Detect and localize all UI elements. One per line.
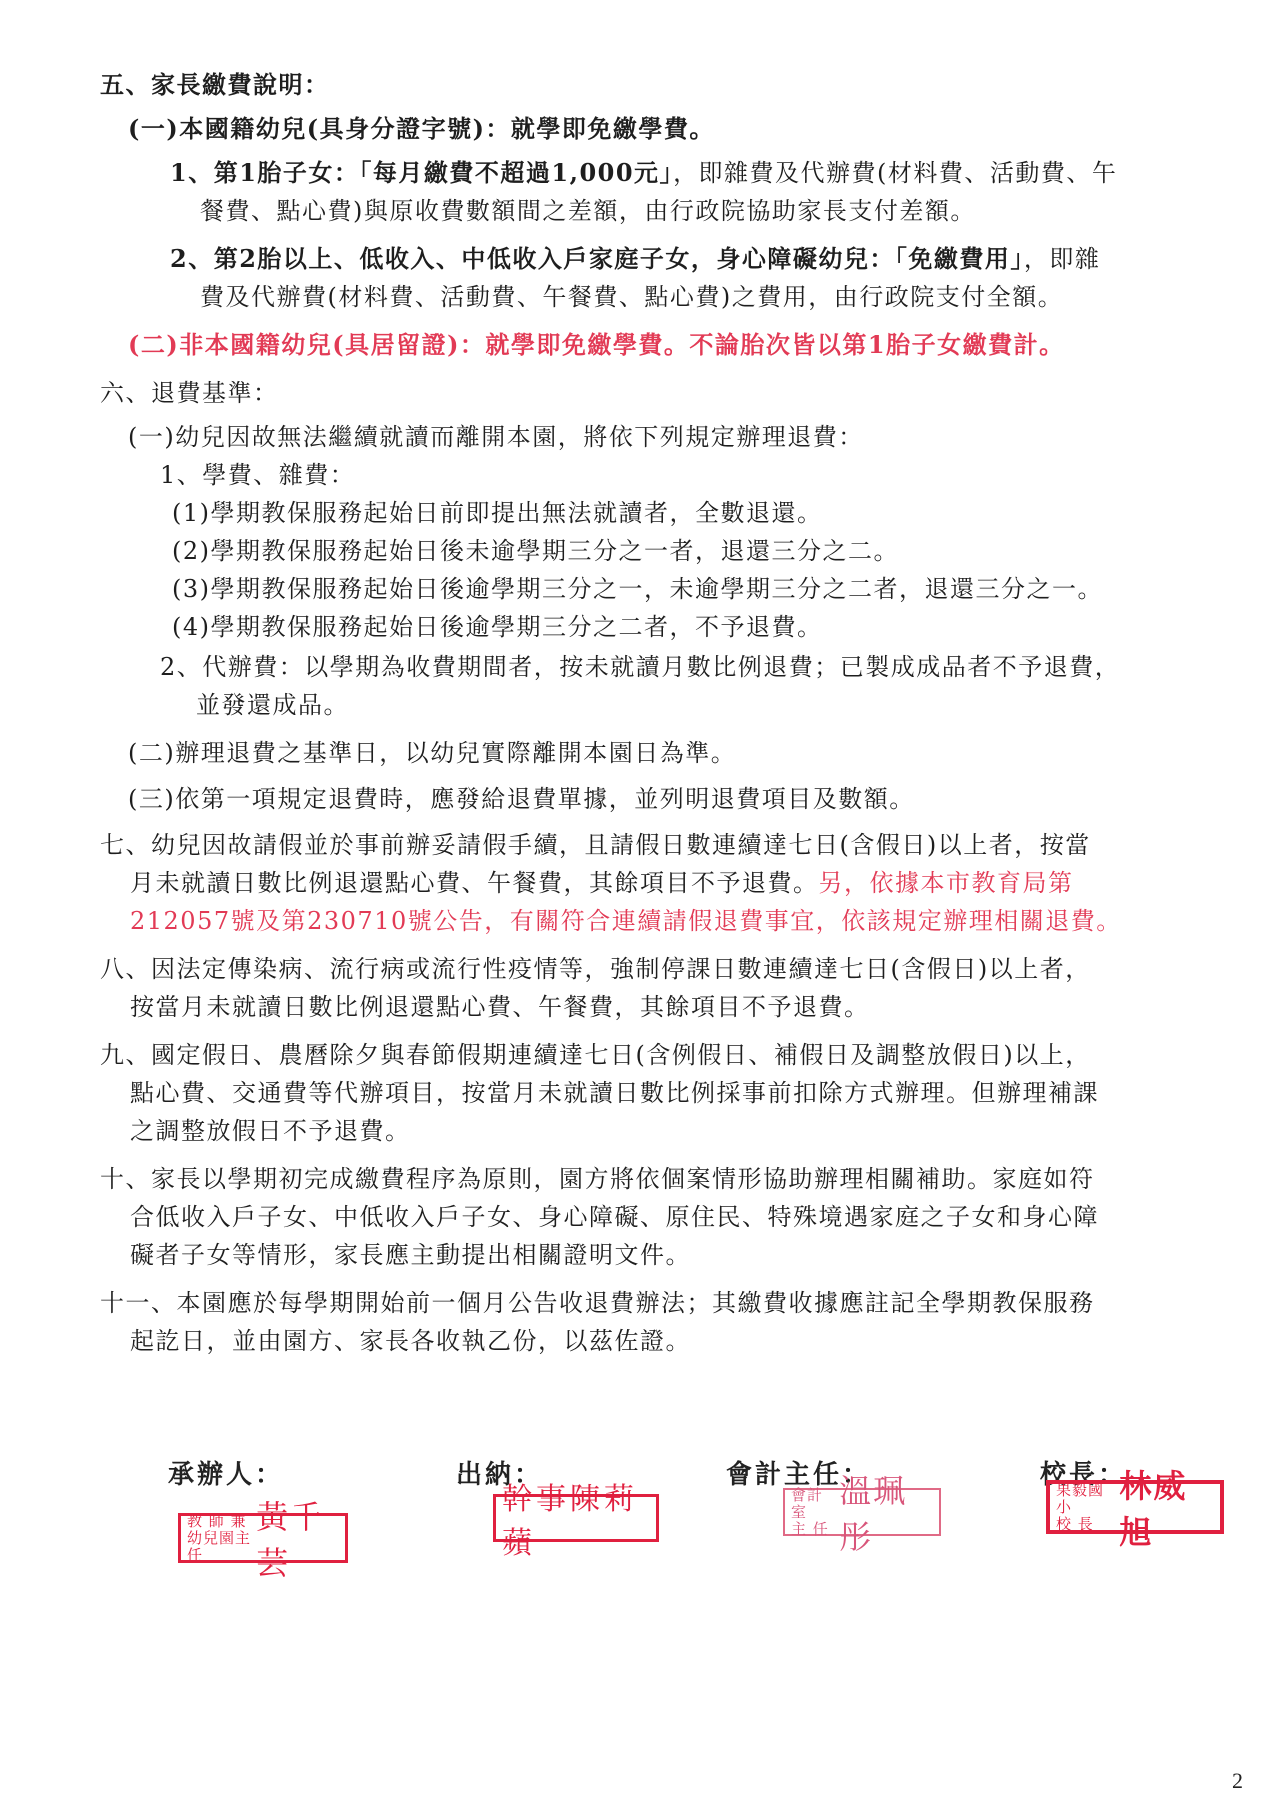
section9-line3: 之調整放假日不予退費。 xyxy=(130,1116,411,1146)
section7-line2: 月未就讀日數比例退還點心費、午餐費，其餘項目不予退費。另，依據本市教育局第 xyxy=(130,868,1074,898)
section6-item1-sub1: (1)學期教保服務起始日前即提出無法就讀者，全數退還。 xyxy=(172,498,823,528)
section5-item1-bold: 1、第1胎子女：「每月繳費不超過1,000元」 xyxy=(170,158,673,187)
stamp-accounting-title: 會計室 主 任 xyxy=(791,1487,835,1538)
section5-sub2-red: (二)非本國籍幼兒(具居留證)：就學即免繳學費。不論胎次皆以第1胎子女繳費計。 xyxy=(128,330,1065,360)
section6-sub2: (二)辦理退費之基準日，以幼兒實際離開本園日為準。 xyxy=(128,738,736,768)
section8-line2: 按當月未就讀日數比例退還點心費、午餐費，其餘項目不予退費。 xyxy=(130,992,870,1022)
section10-line1: 十、家長以學期初完成繳費程序為原則，園方將依個案情形協助辦理相關補助。家庭如符 xyxy=(100,1164,1095,1194)
stamp-cashier: 幹事陳莉蘋 xyxy=(493,1494,659,1542)
stamp-principal-title: 果毅國小 校 長 xyxy=(1056,1482,1115,1533)
section5-item2-rest: ，即雜 xyxy=(1024,245,1101,273)
section5-item1: 1、第1胎子女：「每月繳費不超過1,000元」，即雜費及代辦費(材料費、活動費、… xyxy=(170,158,1117,188)
section6-sub1: (一)幼兒因故無法繼續就讀而離開本園，將依下列規定辦理退費： xyxy=(128,422,864,452)
stamp-handler-name: 黃千芸 xyxy=(256,1492,339,1584)
stamp-handler: 教 師 兼 幼兒園主任 黃千芸 xyxy=(178,1513,348,1563)
section8-line1: 八、因法定傳染病、流行病或流行性疫情等，強制停課日數連續達七日(含假日)以上者， xyxy=(100,954,1091,984)
section5-item1-cont: 餐費、點心費)與原收費數額間之差額，由行政院協助家長支付差額。 xyxy=(200,196,976,226)
section6-item1-sub3: (3)學期教保服務起始日後逾學期三分之一，未逾學期三分之二者，退還三分之一。 xyxy=(172,574,1103,604)
section11-line1: 十一、本園應於每學期開始前一個月公告收退費辦法；其繳費收據應註記全學期教保服務 xyxy=(100,1288,1095,1318)
section6-item1-sub2: (2)學期教保服務起始日後未逾學期三分之一者，退還三分之二。 xyxy=(172,536,899,566)
section7-line2-red: 另，依據本市教育局第 xyxy=(819,869,1074,897)
section9-line1: 九、國定假日、農曆除夕與春節假期連續達七日(含例假日、補假日及調整放假日)以上， xyxy=(100,1040,1091,1070)
section5-item2: 2、第2胎以上、低收入、中低收入戶家庭子女，身心障礙幼兒：「免繳費用」，即雜 xyxy=(170,244,1100,274)
stamp-cashier-name: 幹事陳莉蘋 xyxy=(502,1474,650,1562)
section6-title: 六、退費基準： xyxy=(100,378,279,408)
section7-line1: 七、幼兒因故請假並於事前辦妥請假手續，且請假日數連續達七日(含假日)以上者，按當 xyxy=(100,830,1091,860)
section9-line2: 點心費、交通費等代辦項目，按當月未就讀日數比例採事前扣除方式辦理。但辦理補課 xyxy=(130,1078,1099,1108)
section7-line2-black: 月未就讀日數比例退還點心費、午餐費，其餘項目不予退費。 xyxy=(130,869,819,897)
section7-line3-red: 212057號及第230710號公告，有關符合連續請假退費事宜，依該規定辦理相關… xyxy=(130,906,1122,936)
section6-item2-cont: 並發還成品。 xyxy=(196,690,349,720)
stamp-accounting-name: 溫珮彤 xyxy=(839,1466,933,1558)
section5-item2-cont: 費及代辦費(材料費、活動費、午餐費、點心費)之費用，由行政院支付全額。 xyxy=(200,282,1063,312)
section6-item1: 1、學費、雜費： xyxy=(160,460,355,490)
section10-line3: 礙者子女等情形，家長應主動提出相關證明文件。 xyxy=(130,1240,691,1270)
section11-line2: 起訖日，並由園方、家長各收執乙份，以茲佐證。 xyxy=(130,1326,691,1356)
page-number: 2 xyxy=(1232,1768,1243,1794)
section6-sub3: (三)依第一項規定退費時，應發給退費單據，並列明退費項目及數額。 xyxy=(128,784,915,814)
section5-item1-rest: ，即雜費及代辦費(材料費、活動費、午 xyxy=(673,159,1117,187)
signature-label-handler: 承辦人： xyxy=(168,1454,284,1491)
document-page: 五、家長繳費說明： (一)本國籍幼兒(具身分證字號)：就學即免繳學費。 1、第1… xyxy=(0,0,1280,1809)
stamp-handler-title: 教 師 兼 幼兒園主任 xyxy=(187,1513,252,1564)
stamp-principal: 果毅國小 校 長 林威旭 xyxy=(1046,1480,1224,1534)
stamp-accounting: 會計室 主 任 溫珮彤 xyxy=(783,1488,941,1536)
section5-item2-bold: 2、第2胎以上、低收入、中低收入戶家庭子女，身心障礙幼兒：「免繳費用」 xyxy=(170,244,1024,273)
section10-line2: 合低收入戶子女、中低收入戶子女、身心障礙、原住民、特殊境遇家庭之子女和身心障 xyxy=(130,1202,1099,1232)
section6-item2: 2、代辦費：以學期為收費期間者，按未就讀月數比例退費；已製成成品者不予退費， xyxy=(160,652,1120,682)
stamp-principal-name: 林威旭 xyxy=(1119,1461,1214,1553)
section5-sub1: (一)本國籍幼兒(具身分證字號)：就學即免繳學費。 xyxy=(128,114,715,144)
section5-title: 五、家長繳費說明： xyxy=(100,70,330,100)
section6-item1-sub4: (4)學期教保服務起始日後逾學期三分之二者，不予退費。 xyxy=(172,612,823,642)
